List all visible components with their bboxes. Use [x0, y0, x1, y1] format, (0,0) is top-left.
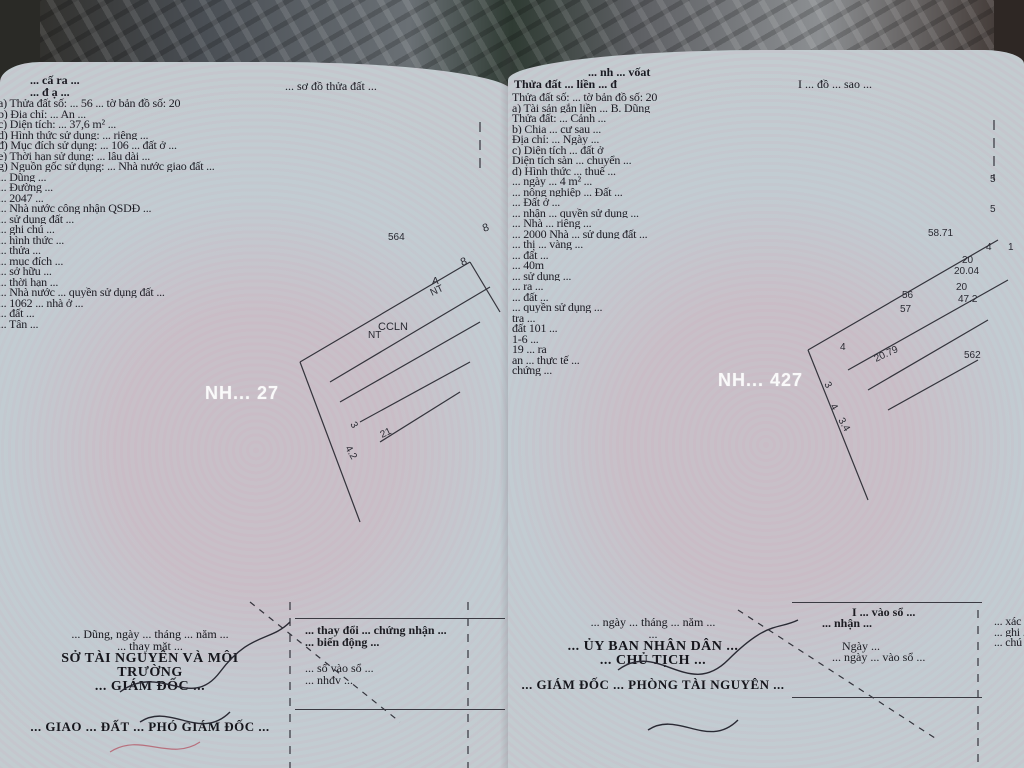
right-sketch-label: 58.71 [928, 228, 953, 239]
left-page: ... cấ ra ... ... đ ạ ... a) Thửa đất số… [0, 62, 512, 768]
svg-text:A: A [432, 276, 439, 287]
left-sketch-label: 564 [388, 232, 405, 243]
svg-text:CCLN: CCLN [378, 321, 408, 333]
svg-text:20: 20 [962, 255, 974, 266]
svg-text:5: 5 [990, 174, 996, 185]
svg-text:3: 3 [347, 420, 360, 431]
svg-text:4: 4 [840, 342, 846, 353]
svg-text:57: 57 [900, 304, 912, 315]
svg-text:20.79: 20.79 [873, 344, 901, 365]
right-watermark: NH... 427 [718, 370, 803, 391]
svg-text:1: 1 [1008, 242, 1014, 253]
svg-text:4: 4 [986, 242, 992, 253]
svg-text:20.04: 20.04 [954, 266, 979, 277]
svg-text:56: 56 [902, 290, 914, 301]
certificate-spread: ... cấ ra ... ... đ ạ ... a) Thửa đất số… [0, 0, 1024, 768]
right-page: ... nh ... vốat Thửa đất ... liền ... đ … [508, 50, 1024, 768]
svg-text:562: 562 [964, 350, 981, 361]
svg-text:NT: NT [368, 330, 381, 341]
svg-text:8: 8 [459, 255, 469, 268]
svg-text:4.2: 4.2 [342, 444, 359, 462]
right-side-notes: ... xác ... ... ghi ... ... chú ... [994, 616, 1024, 648]
left-watermark: NH... 27 [205, 383, 279, 404]
left-change-table: ... thay đổi ... chứng nhận ... ... biến… [295, 618, 505, 710]
svg-text:20: 20 [956, 282, 968, 293]
svg-text:21: 21 [379, 426, 394, 441]
svg-text:47.2: 47.2 [958, 294, 978, 305]
svg-text:5: 5 [990, 204, 996, 215]
svg-text:3.4: 3.4 [835, 416, 852, 434]
svg-text:8: 8 [481, 221, 491, 234]
right-signature-scribble [588, 610, 808, 768]
right-registration-table: I ... vào sổ ... ... nhận ... Ngày ... .… [792, 602, 982, 698]
left-signature-scribble [100, 602, 300, 768]
